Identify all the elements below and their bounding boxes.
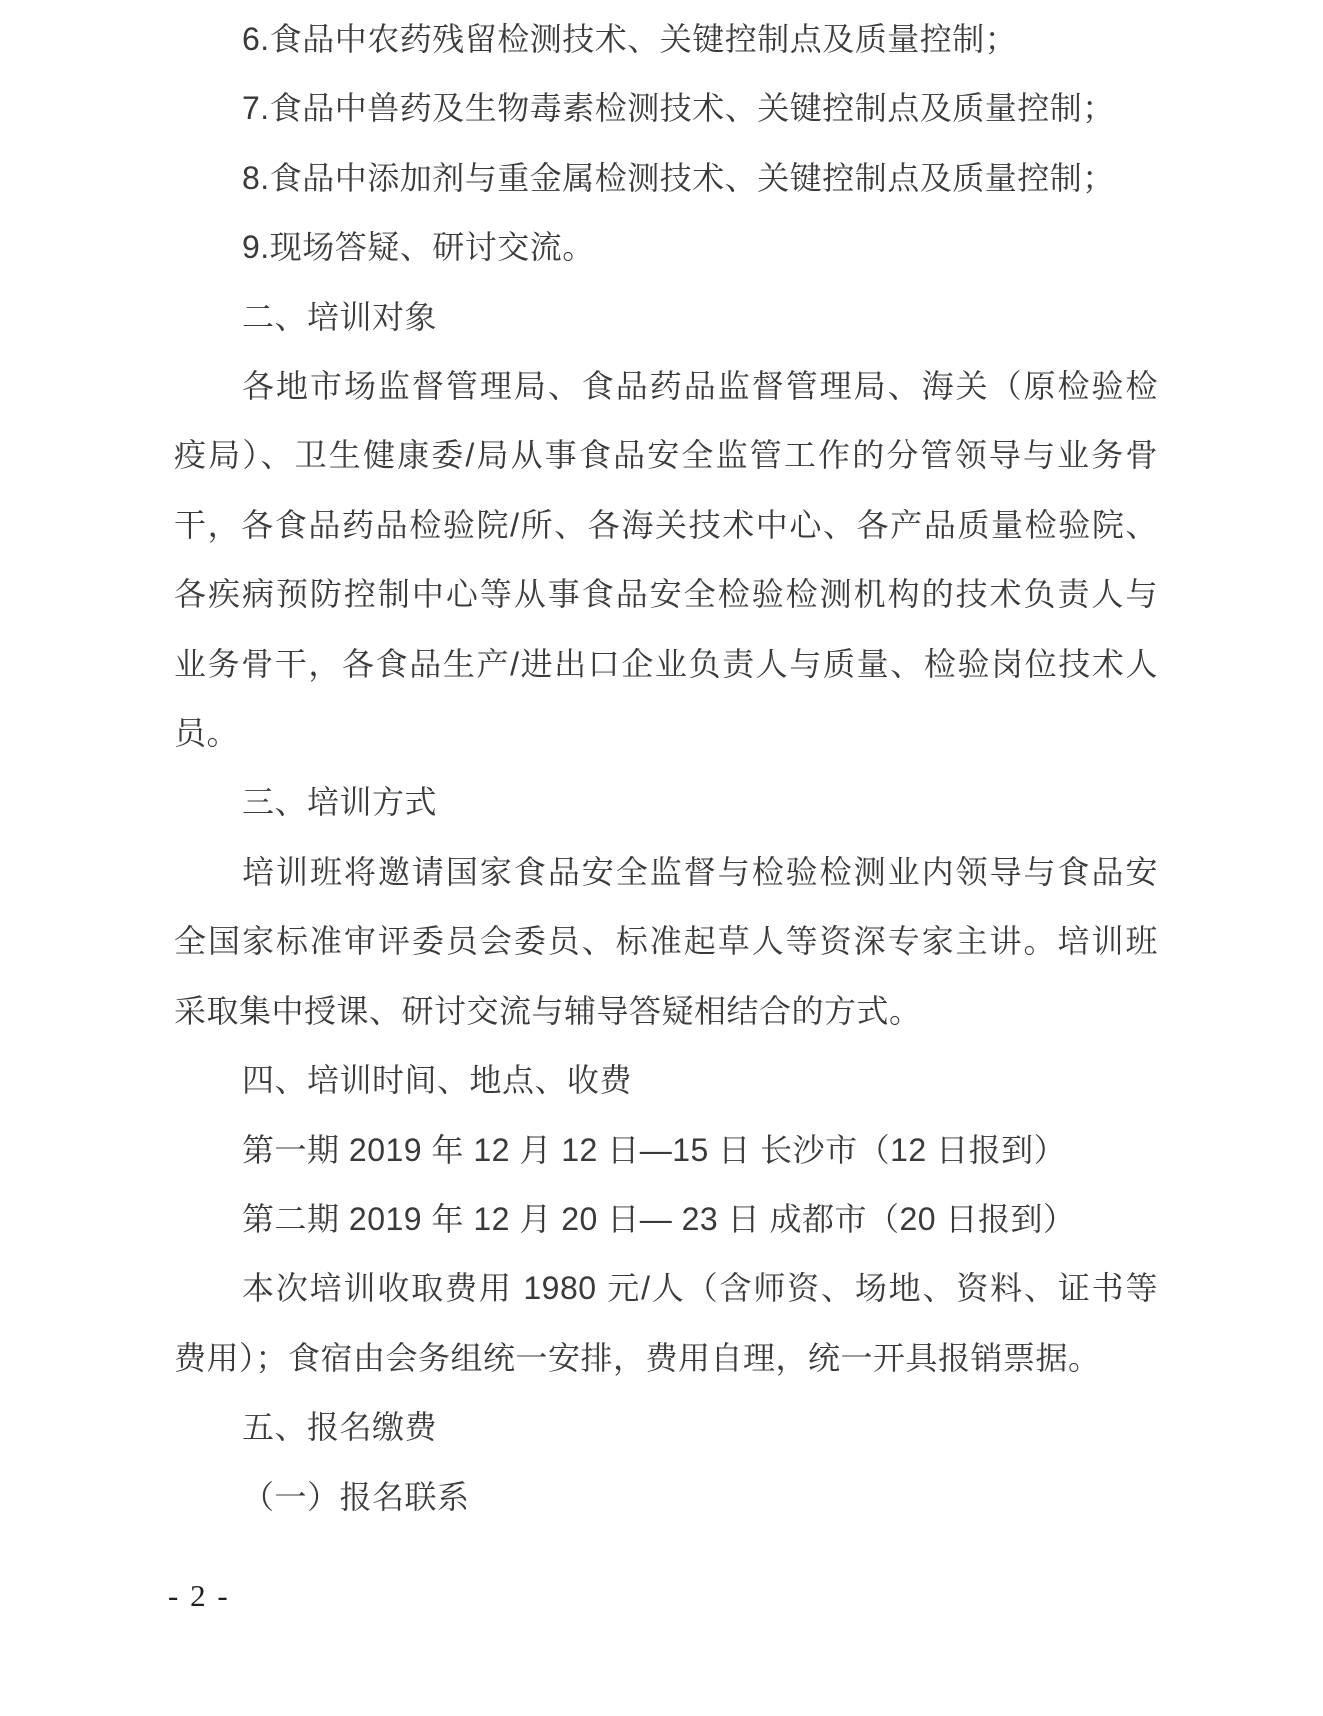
list-item-6: 6.食品中农药残留检测技术、关键控制点及质量控制； [174,5,1158,74]
paragraph-line: 本次培训收取费用 1980 元/人（含师资、场地、资料、证书等 [174,1254,1158,1323]
section-heading-registration: 五、报名缴费 [174,1393,1158,1462]
paragraph-line: 干，各食品药品检验院/所、各海关技术中心、各产品质量检验院、 [174,491,1158,560]
paragraph-line: 各疾病预防控制中心等从事食品安全检验检测机构的技术负责人与 [174,560,1158,629]
paragraph-line: 采取集中授课、研讨交流与辅导答疑相结合的方式。 [174,977,1158,1046]
paragraph-line: 费用）；食宿由会务组统一安排，费用自理，统一开具报销票据。 [174,1324,1158,1393]
paragraph-line: 疫局）、卫生健康委/局从事食品安全监管工作的分管领导与业务骨 [174,421,1158,490]
session-2-line: 第二期 2019 年 12 月 20 日— 23 日 成都市（20 日报到） [174,1185,1158,1254]
paragraph-line: 业务骨干，各食品生产/进出口企业负责人与质量、检验岗位技术人 [174,630,1158,699]
paragraph-line: 培训班将邀请国家食品安全监督与检验检测业内领导与食品安 [174,838,1158,907]
section-heading-training-method: 三、培训方式 [174,768,1158,837]
paragraph-line: 员。 [174,699,1158,768]
subsection-heading-contact: （一）报名联系 [174,1463,1158,1532]
session-1-line: 第一期 2019 年 12 月 12 日—15 日 长沙市（12 日报到） [174,1116,1158,1185]
section-heading-time-place-fee: 四、培训时间、地点、收费 [174,1046,1158,1115]
paragraph-line: 各地市场监督管理局、食品药品监督管理局、海关（原检验检 [174,352,1158,421]
list-item-7: 7.食品中兽药及生物毒素检测技术、关键控制点及质量控制； [174,74,1158,143]
section-heading-training-target: 二、培训对象 [174,283,1158,352]
paragraph-line: 全国家标准审评委员会委员、标准起草人等资深专家主讲。培训班 [174,907,1158,976]
page-number: - 2 - [168,1578,230,1614]
list-item-9: 9.现场答疑、研讨交流。 [174,213,1158,282]
list-item-8: 8.食品中添加剂与重金属检测技术、关键控制点及质量控制； [174,144,1158,213]
document-page: 6.食品中农药残留检测技术、关键控制点及质量控制； 7.食品中兽药及生物毒素检测… [0,0,1323,1716]
document-body: 6.食品中农药残留检测技术、关键控制点及质量控制； 7.食品中兽药及生物毒素检测… [174,0,1158,1532]
